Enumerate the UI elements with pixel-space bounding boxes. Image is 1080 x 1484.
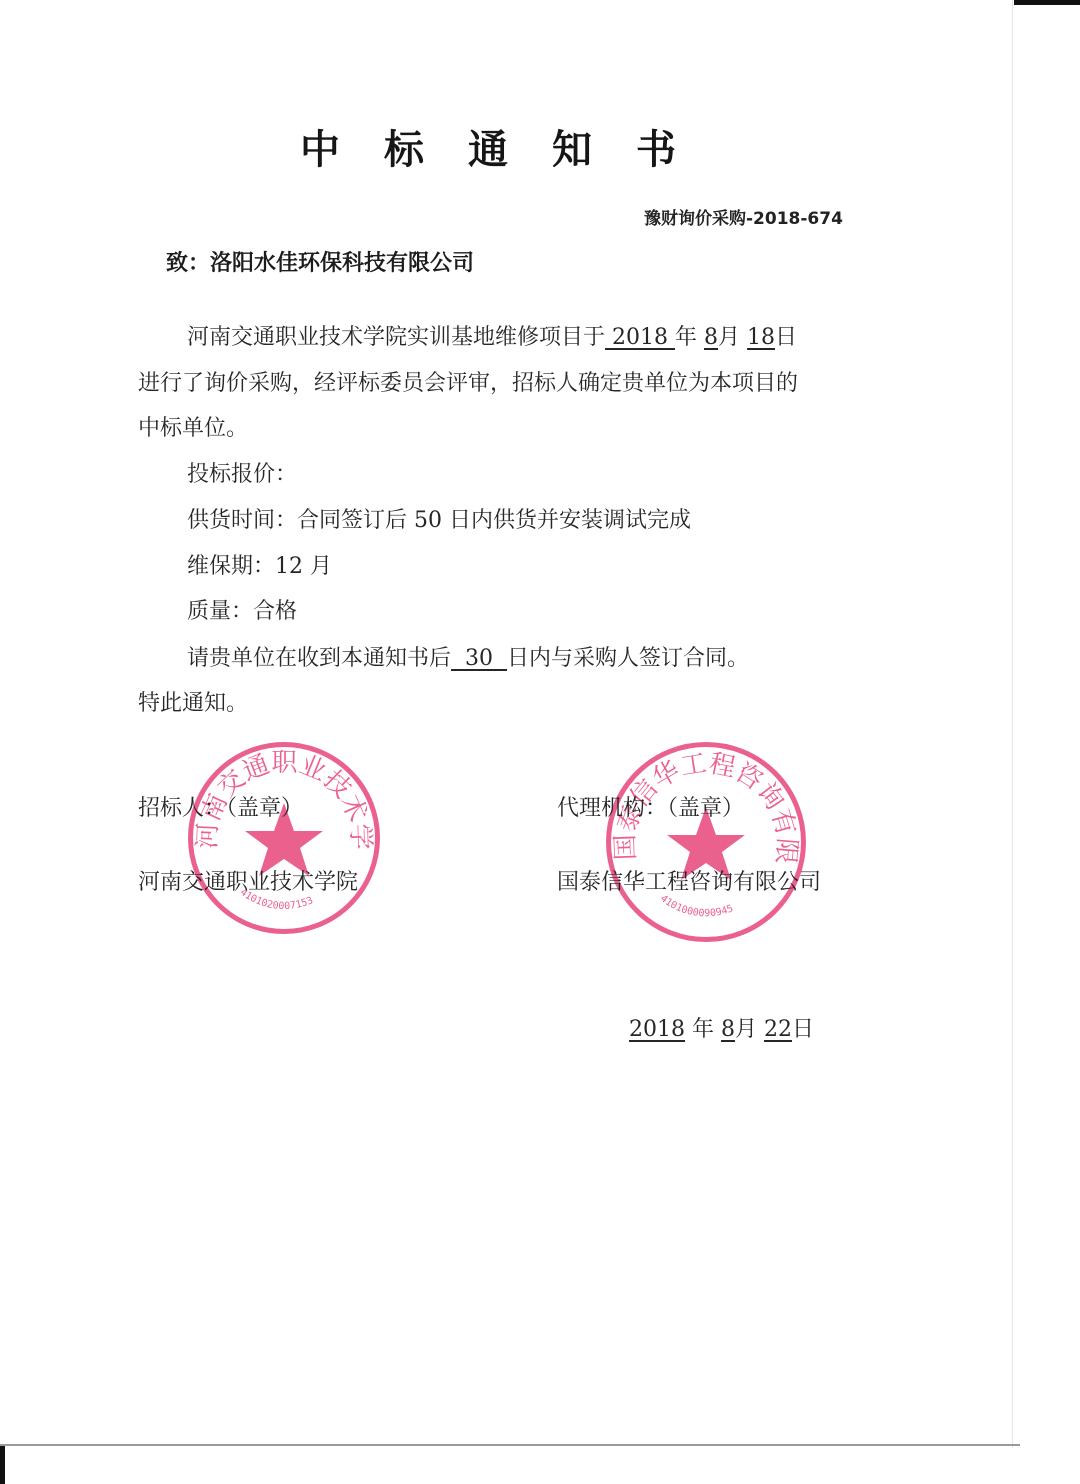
contract-days: 30 (451, 646, 507, 671)
project-text: 河南交通职业技术学院实训基地维修项目于 (187, 325, 605, 350)
warranty-label: 维保期： (187, 554, 275, 579)
scan-edge-right (1012, 0, 1013, 1448)
issue-year: 2018 (629, 1017, 685, 1042)
page-title: 中标通知书 (300, 118, 720, 175)
closing-line: 特此通知。 (138, 686, 248, 717)
quality-label: 质量： (187, 599, 253, 624)
procurement-day: 18 (747, 325, 775, 350)
tenderer-name: 河南交通职业技术学院 (138, 865, 358, 896)
contract-notice-line: 请贵单位在收到本通知书后 30 日内与采购人签订合同。 (187, 641, 749, 672)
tenderer-label: 招标人：（盖章） (138, 791, 303, 822)
procurement-month: 8 (704, 325, 718, 350)
quality-value: 合格 (253, 599, 297, 624)
bid-price-label: 投标报价： (187, 462, 297, 487)
delivery-time-line: 供货时间：合同签订后 50 日内供货并安装调试完成 (187, 503, 691, 534)
scan-edge-bottom (0, 1444, 1020, 1446)
reference-number: 豫财询价采购-2018-674 (644, 204, 843, 229)
quality-line: 质量：合格 (187, 594, 297, 625)
agent-name: 国泰信华工程咨询有限公司 (557, 865, 821, 896)
body-line-2: 进行了询价采购，经评标委员会评审，招标人确定贵单位为本项目的 (138, 366, 798, 397)
scan-edge-top (1014, 0, 1080, 5)
issue-day: 22 (764, 1017, 792, 1042)
issue-date: 2018 年 8月 22日 (629, 1012, 814, 1043)
recipient-name: 洛阳水佳环保科技有限公司 (210, 251, 474, 276)
agent-label: 代理机构：（盖章） (557, 791, 744, 822)
recipient-prefix: 致： (166, 251, 210, 276)
issue-month: 8 (721, 1017, 735, 1042)
warranty-line: 维保期：12 月 (187, 549, 332, 580)
procurement-year: 2018 (605, 325, 675, 350)
seal-star-icon: 国泰信华工程咨询有限公司 4101000090945 (611, 747, 801, 937)
agent-seal: 国泰信华工程咨询有限公司 4101000090945 (606, 742, 806, 942)
body-line-3: 中标单位。 (138, 411, 248, 442)
recipient-line: 致：洛阳水佳环保科技有限公司 (166, 246, 474, 277)
warranty-value: 12 月 (275, 554, 332, 579)
body-line-1: 河南交通职业技术学院实训基地维修项目于 2018 年 8月 18日 (187, 320, 797, 351)
delivery-value: 合同签订后 50 日内供货并安装调试完成 (297, 508, 691, 533)
tenderer-seal: 河南交通职业技术学院 4101020007153 (188, 742, 380, 934)
svg-text:4101000090945: 4101000090945 (658, 893, 735, 919)
scan-edge-left (0, 1446, 5, 1484)
bid-price-line: 投标报价： (187, 457, 297, 488)
award-notice-page: 中标通知书 豫财询价采购-2018-674 致：洛阳水佳环保科技有限公司 河南交… (0, 0, 1012, 1444)
seal-star-icon: 河南交通职业技术学院 4101020007153 (193, 747, 375, 929)
delivery-label: 供货时间： (187, 508, 297, 533)
